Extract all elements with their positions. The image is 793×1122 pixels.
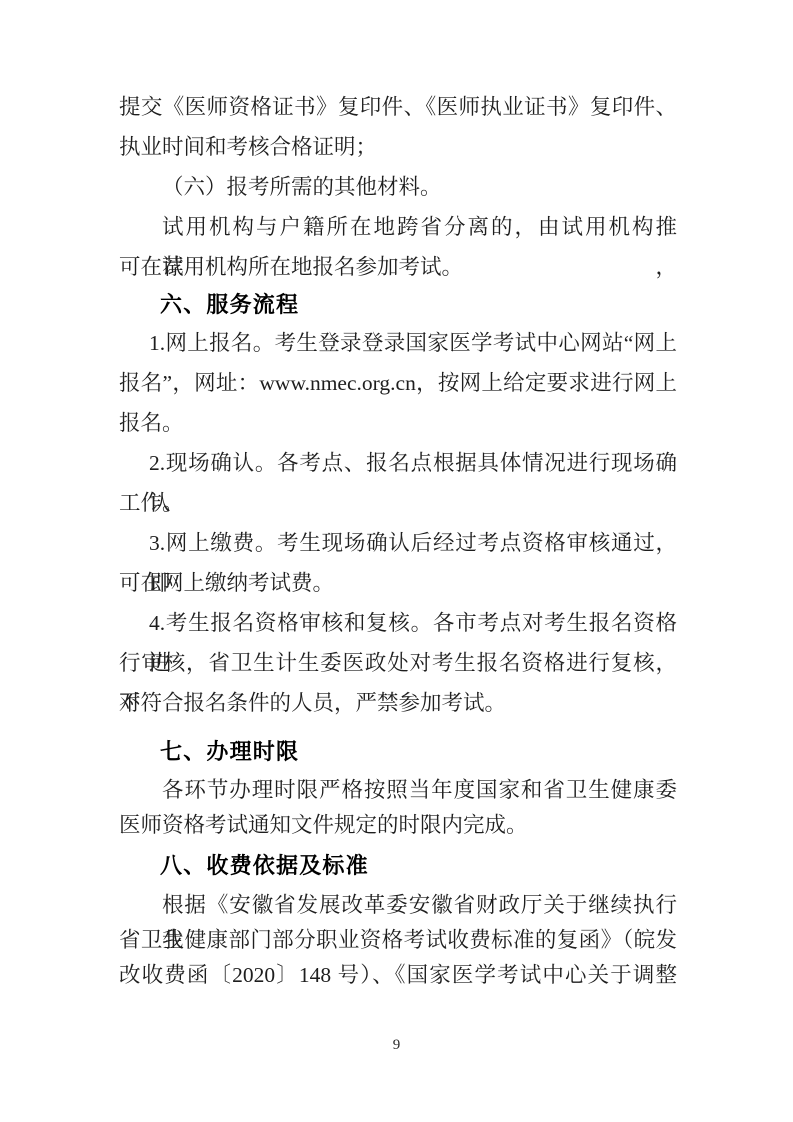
- document-body: 提交《医师资格证书》复印件、《医师执业证书》复印件、 执业时间和考核合格证明； …: [119, 87, 677, 993]
- doc-line: 可在网上缴纳考试费。: [119, 563, 677, 603]
- doc-line: 不符合报名条件的人员，严禁参加考试。: [119, 683, 677, 723]
- doc-line: 2.现场确认。各考点、报名点根据具体情况进行现场确认: [119, 443, 677, 483]
- doc-line: 提交《医师资格证书》复印件、《医师执业证书》复印件、: [119, 87, 677, 127]
- doc-line: 4.考生报名资格审核和复核。各市考点对考生报名资格进: [119, 603, 677, 643]
- doc-line: 执业时间和考核合格证明；: [119, 127, 677, 167]
- doc-line: 试用机构与户籍所在地跨省分离的，由试用机构推荐，: [119, 207, 677, 247]
- doc-line: 1.网上报名。考生登录登录国家医学考试中心网站“网上: [119, 323, 677, 363]
- section-heading-processing-time-limit: 七、办理时限: [119, 734, 677, 770]
- doc-line: 根据《安徽省发展改革委安徽省财政厅关于继续执行我: [119, 888, 677, 923]
- doc-line: 3.网上缴费。考生现场确认后经过考点资格审核通过，即: [119, 523, 677, 563]
- page-number: 9: [393, 1037, 401, 1053]
- doc-line: 省卫生健康部门部分职业资格考试收费标准的复函》（皖发: [119, 923, 677, 958]
- doc-line: （六）报考所需的其他材料。: [119, 167, 677, 207]
- section-heading-service-process: 六、服务流程: [119, 287, 677, 323]
- section-heading-fee-basis-standard: 八、收费依据及标准: [119, 848, 677, 884]
- doc-line: 行审核，省卫生计生委医政处对考生报名资格进行复核，对: [119, 643, 677, 683]
- page-footer: 9: [0, 1036, 793, 1054]
- doc-line: 报名。: [119, 403, 677, 443]
- doc-line: 各环节办理时限严格按照当年度国家和省卫生健康委: [119, 773, 677, 808]
- doc-line: 改收费函〔2020〕148 号）、《国家医学考试中心关于调整: [119, 958, 677, 993]
- doc-line: 工作。: [119, 483, 677, 523]
- doc-line: 医师资格考试通知文件规定的时限内完成。: [119, 808, 677, 843]
- document-page: 提交《医师资格证书》复印件、《医师执业证书》复印件、 执业时间和考核合格证明； …: [0, 0, 793, 1122]
- doc-line-with-url: 报名”，网址：www.nmec.org.cn，按网上给定要求进行网上: [119, 363, 677, 403]
